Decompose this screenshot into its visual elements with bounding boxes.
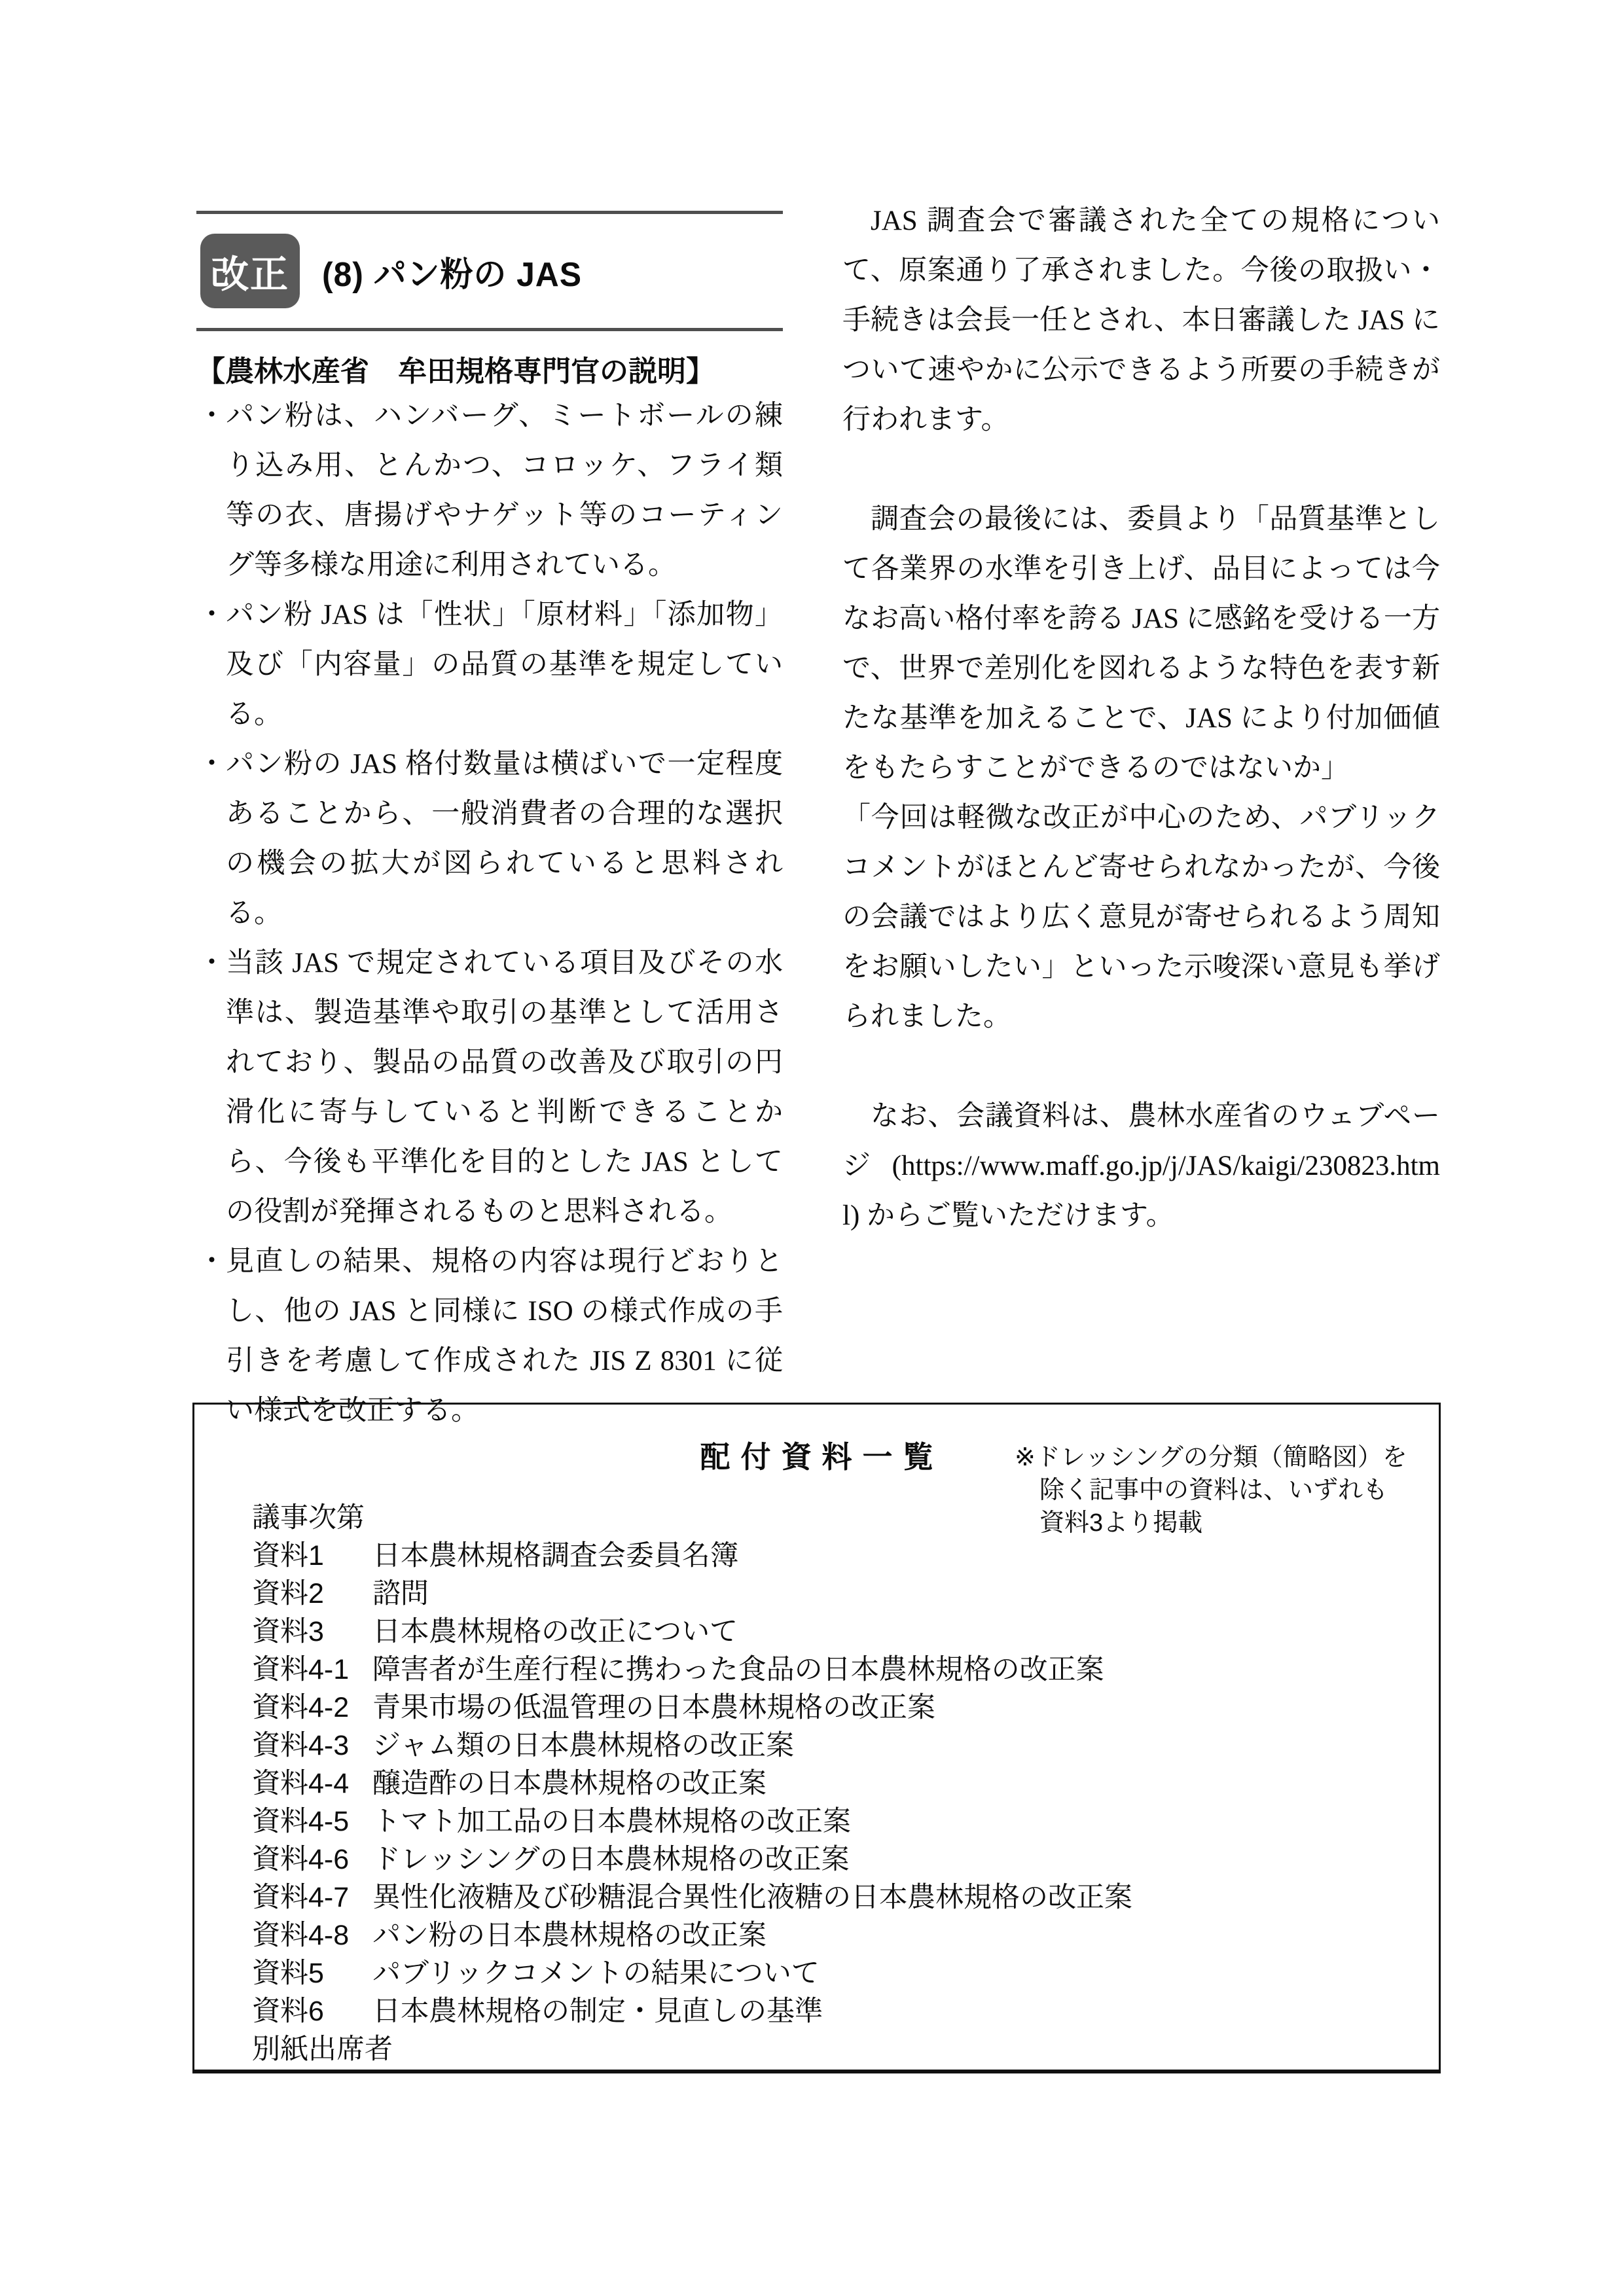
bullet-item: ・パン粉 JAS は「性状」「原材料」「添加物」及び「内容量」の品質の基準を規定… [196,590,783,740]
handout-item-text [372,2030,1439,2068]
handout-item-label: 資料4-6 [252,1840,372,1878]
bullet-text: パン粉の JAS 格付数量は横ばいで一定程度あることから、一般消費者の合理的な選… [226,749,783,929]
revision-badge-label: 改正 [211,243,289,298]
handout-note-line: 資料3より掲載 [1015,1507,1434,1539]
handout-item-text: ドレッシングの日本農林規格の改正案 [372,1840,1439,1878]
bullet-text: 見直しの結果、規格の内容は現行どおりとし、他の JAS と同様に ISO の様式… [226,1246,783,1426]
page-title: (8) パン粉の JAS [322,247,582,296]
handout-item-text: トマト加工品の日本農林規格の改正案 [372,1803,1439,1840]
handout-materials-list: 議事次第資料1日本農林規格調査会委員名簿資料2諮問資料3日本農林規格の改正につい… [194,1499,1439,2068]
header-top-rule [196,211,783,214]
document-page: { "page": { "badge_label": "改正", "title"… [0,0,1624,2296]
handout-item-label: 資料6 [252,1992,372,2030]
body-paragraph: 「今回は軽微な改正が中心のため、パブリックコメントがほとんど寄せられなかったが、… [842,793,1440,1042]
bullet-text: パン粉 JAS は「性状」「原材料」「添加物」及び「内容量」の品質の基準を規定し… [226,600,783,730]
bullet-marker: ・ [198,740,226,789]
bullet-item: ・当該 JAS で規定されている項目及びその水準は、製造基準や取引の基準として活… [196,939,783,1237]
handout-list-item: 資料5パブリックコメントの結果について [252,1954,1439,1992]
header-bottom-rule [196,328,783,331]
handout-list-item: 資料4-2青果市場の低温管理の日本農林規格の改正案 [252,1689,1439,1727]
bullet-text: パン粉は、ハンバーグ、ミートボールの練り込み用、とんかつ、コロッケ、フライ類等の… [226,401,783,581]
explanation-bullet-list: ・パン粉は、ハンバーグ、ミートボールの練り込み用、とんかつ、コロッケ、フライ類等… [196,391,783,1436]
bullet-marker: ・ [198,939,226,988]
handout-list-item: 資料1日本農林規格調査会委員名簿 [252,1537,1439,1575]
handout-item-text: ジャム類の日本農林規格の改正案 [372,1727,1439,1765]
handout-note-line: 除く記事中の資料は、いずれも [1015,1474,1434,1507]
handout-item-label: 議事次第 [252,1499,372,1537]
handout-item-label: 資料4-5 [252,1803,372,1840]
body-paragraph: 調査会の最後には、委員より「品質基準として各業界の水準を引き上げ、品目によっては… [842,495,1440,793]
article-header: 改正 (8) パン粉の JAS [200,234,783,308]
handout-item-label: 別紙出席者 [252,2030,372,2068]
handout-note-line: ※ドレッシングの分類（簡略図）を [1015,1441,1434,1474]
handout-item-label: 資料5 [252,1954,372,1992]
handout-item-text: 障害者が生産行程に携わった食品の日本農林規格の改正案 [372,1651,1439,1689]
handout-item-text: 青果市場の低温管理の日本農林規格の改正案 [372,1689,1439,1727]
handout-list-item: 資料4-4醸造酢の日本農林規格の改正案 [252,1765,1439,1803]
revision-badge: 改正 [200,234,300,308]
handout-item-label: 資料4-1 [252,1651,372,1689]
section-heading: 【農林水産省 牟田規格専門官の説明】 [196,355,783,389]
handout-list-item: 資料2諮問 [252,1575,1439,1613]
handout-item-label: 資料2 [252,1575,372,1613]
handout-item-label: 資料1 [252,1537,372,1575]
handout-list-item: 別紙出席者 [252,2030,1439,2068]
bullet-marker: ・ [198,1237,226,1287]
handout-item-label: 資料4-8 [252,1916,372,1954]
handout-item-text: 異性化液糖及び砂糖混合異性化液糖の日本農林規格の改正案 [372,1878,1439,1916]
handout-item-text: パン粉の日本農林規格の改正案 [372,1916,1439,1954]
handout-list-item: 資料4-5トマト加工品の日本農林規格の改正案 [252,1803,1439,1840]
bullet-text: 当該 JAS で規定されている項目及びその水準は、製造基準や取引の基準として活用… [226,948,783,1227]
left-column: 改正 (8) パン粉の JAS 【農林水産省 牟田規格専門官の説明】 ・パン粉は… [196,211,783,1436]
handout-list-item: 資料6日本農林規格の制定・見直しの基準 [252,1992,1439,2030]
handout-item-text: 日本農林規格調査会委員名簿 [372,1537,1439,1575]
handout-item-label: 資料4-3 [252,1727,372,1765]
handout-item-label: 資料4-4 [252,1765,372,1803]
handout-list-item: 資料4-6ドレッシングの日本農林規格の改正案 [252,1840,1439,1878]
handout-item-text: 醸造酢の日本農林規格の改正案 [372,1765,1439,1803]
body-paragraph: なお、会議資料は、農林水産省のウェブページ (https://www.maff.… [842,1092,1440,1241]
handout-list-item: 資料4-8パン粉の日本農林規格の改正案 [252,1916,1439,1954]
handout-item-label: 資料4-7 [252,1878,372,1916]
handout-item-text: 日本農林規格の改正について [372,1613,1439,1651]
handout-item-label: 資料3 [252,1613,372,1651]
body-paragraph: JAS 調査会で審議された全ての規格について、原案通り了承されました。今後の取扱… [842,196,1440,445]
handout-item-text: パブリックコメントの結果について [372,1954,1439,1992]
handout-item-text: 日本農林規格の制定・見直しの基準 [372,1992,1439,2030]
handout-list-item: 資料4-1障害者が生産行程に携わった食品の日本農林規格の改正案 [252,1651,1439,1689]
right-column: JAS 調査会で審議された全ての規格について、原案通り了承されました。今後の取扱… [842,196,1440,1241]
handout-list-item: 資料4-7異性化液糖及び砂糖混合異性化液糖の日本農林規格の改正案 [252,1878,1439,1916]
handout-box-note: ※ドレッシングの分類（簡略図）を除く記事中の資料は、いずれも資料3より掲載 [1015,1441,1434,1539]
handout-list-item: 資料4-3ジャム類の日本農林規格の改正案 [252,1727,1439,1765]
bullet-marker: ・ [198,590,226,640]
bullet-marker: ・ [198,391,226,441]
handout-item-text: 諮問 [372,1575,1439,1613]
handout-list-item: 資料3日本農林規格の改正について [252,1613,1439,1651]
bullet-item: ・パン粉の JAS 格付数量は横ばいで一定程度あることから、一般消費者の合理的な… [196,740,783,939]
handout-item-label: 資料4-2 [252,1689,372,1727]
handout-materials-box: 配付資料一覧 ※ドレッシングの分類（簡略図）を除く記事中の資料は、いずれも資料3… [192,1403,1441,2073]
bullet-item: ・パン粉は、ハンバーグ、ミートボールの練り込み用、とんかつ、コロッケ、フライ類等… [196,391,783,590]
